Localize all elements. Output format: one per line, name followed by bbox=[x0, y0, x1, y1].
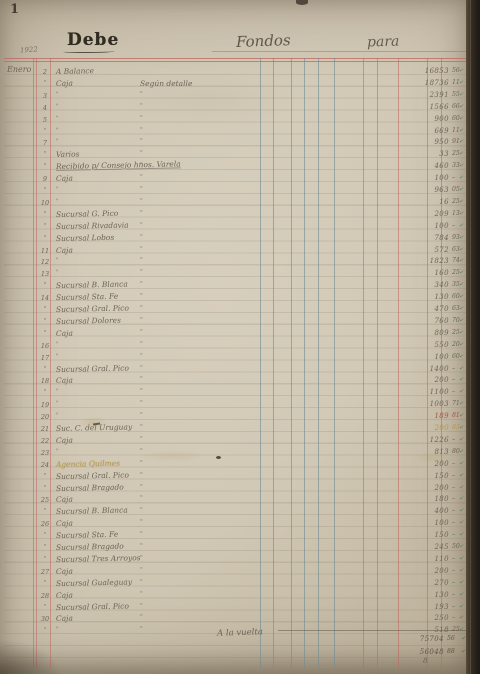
detail-cell: " bbox=[140, 198, 143, 205]
amount-cell: 669 bbox=[393, 127, 449, 135]
ledger-row: 9Caja"100–✓ bbox=[0, 174, 480, 186]
description-cell: " bbox=[56, 138, 59, 145]
ledger-row: "Sucursal B. Blanca"34035✓ bbox=[0, 281, 480, 293]
ledger-row: "Recibido p/ Consejo hnos. Varela"46033✓ bbox=[0, 162, 480, 174]
header-fondos-label: Fondos bbox=[236, 31, 291, 51]
description-cell: Sucursal Sta. Fe bbox=[56, 530, 118, 540]
year-note: 1922 bbox=[20, 45, 38, 54]
amount-cell: 33 bbox=[393, 150, 449, 158]
description-cell: Varios bbox=[56, 150, 80, 159]
day-cell: " bbox=[38, 330, 52, 337]
day-cell: " bbox=[38, 604, 52, 611]
amount-cell: 130 bbox=[393, 591, 449, 599]
description-cell: Caja bbox=[56, 566, 73, 575]
day-cell: 11 bbox=[38, 247, 52, 255]
day-cell: 3 bbox=[38, 92, 52, 100]
description-cell: " bbox=[56, 448, 59, 455]
amount-cell: 100 bbox=[393, 222, 449, 230]
day-cell: " bbox=[38, 223, 52, 230]
ledger-row: 7""95091✓ bbox=[0, 138, 480, 150]
description-cell: " bbox=[56, 91, 59, 98]
day-cell: " bbox=[38, 556, 52, 563]
total-rule bbox=[278, 630, 466, 631]
detail-cell: " bbox=[140, 567, 143, 574]
ledger-row: "Sucursal Dolores"76070✓ bbox=[0, 317, 480, 329]
ledger-page: 1 Debe Fondos para 1922 Enero 2A Balance… bbox=[0, 0, 480, 674]
detail-cell: " bbox=[140, 555, 143, 562]
ledger-row: "Sucursal Gualeguay"270–✓ bbox=[0, 579, 480, 591]
day-cell: " bbox=[38, 306, 52, 313]
ledger-row: 24Agencia Quilmes"200–✓ bbox=[0, 460, 480, 472]
day-cell: 19 bbox=[38, 401, 52, 409]
amount-cell: 160 bbox=[393, 269, 449, 277]
ledger-row: """1100–✓ bbox=[0, 388, 480, 400]
header-debe-label: Debe bbox=[67, 30, 119, 50]
day-cell: 4 bbox=[38, 104, 52, 112]
description-cell: " bbox=[56, 353, 59, 360]
ledger-row: 18Caja"200–✓ bbox=[0, 376, 480, 388]
detail-cell: " bbox=[140, 281, 143, 288]
amount-cell: 100 bbox=[393, 353, 449, 361]
description-cell: Sucursal Gral. Pico bbox=[56, 601, 129, 612]
ledger-row: 26Caja"100–✓ bbox=[0, 519, 480, 531]
day-cell: 14 bbox=[38, 294, 52, 302]
day-cell: " bbox=[38, 544, 52, 551]
detail-cell: " bbox=[140, 257, 143, 264]
amount-cell: 200 bbox=[393, 567, 449, 575]
detail-cell: " bbox=[140, 412, 143, 419]
description-cell: " bbox=[56, 269, 59, 276]
amount-cell: 180 bbox=[393, 495, 449, 503]
detail-cell: " bbox=[140, 127, 143, 134]
ledger-row: """96305✓ bbox=[0, 186, 480, 198]
description-cell: Caja bbox=[56, 245, 73, 254]
detail-cell: " bbox=[140, 222, 143, 229]
amount-cell: 470 bbox=[393, 305, 449, 313]
detail-cell: " bbox=[140, 234, 143, 241]
ledger-row: 12""182374✓ bbox=[0, 257, 480, 269]
ledger-row: 27Caja"200–✓ bbox=[0, 567, 480, 579]
amount-cell: 400 bbox=[393, 507, 449, 515]
day-cell: 2 bbox=[38, 68, 52, 76]
page-total-row: 5604888✓ bbox=[0, 648, 480, 660]
detail-cell: " bbox=[140, 460, 143, 467]
debe-underline-flourish bbox=[63, 50, 115, 53]
ledger-row: 10""1625✓ bbox=[0, 198, 480, 210]
ledger-row: "Sucursal G. Pico"20913✓ bbox=[0, 210, 480, 222]
amount-cell: 900 bbox=[393, 115, 449, 123]
description-cell: Sucursal Bragado bbox=[56, 482, 124, 492]
ledger-row: 30Caja"250–✓ bbox=[0, 614, 480, 626]
day-cell: " bbox=[38, 366, 52, 373]
ledger-row: "Sucursal Gral. Pico"150–✓ bbox=[0, 472, 480, 484]
description-cell: Sucursal Lobos bbox=[56, 232, 115, 242]
ledger-row: 23""81380✓ bbox=[0, 448, 480, 460]
detail-cell: " bbox=[140, 614, 143, 621]
day-cell: 7 bbox=[38, 139, 52, 147]
day-cell: 23 bbox=[38, 449, 52, 457]
ledger-row: 25Caja"180–✓ bbox=[0, 495, 480, 507]
detail-cell: " bbox=[140, 150, 143, 157]
amount-cell: 270 bbox=[393, 579, 449, 587]
detail-cell: " bbox=[140, 626, 143, 633]
day-cell: 13 bbox=[38, 270, 52, 278]
description-cell: Sucursal Gral. Pico bbox=[56, 303, 129, 314]
amount-cell: 110 bbox=[393, 555, 449, 563]
amount-cell: 245 bbox=[393, 543, 449, 551]
detail-cell: " bbox=[140, 246, 143, 253]
day-cell: " bbox=[38, 151, 52, 158]
detail-cell: " bbox=[140, 329, 143, 336]
ledger-row: "Sucursal Bragado"24550✓ bbox=[0, 543, 480, 555]
amount-cell: 760 bbox=[393, 317, 449, 325]
detail-cell: " bbox=[140, 317, 143, 324]
amount-cell: 1003 bbox=[393, 400, 449, 408]
amount-cell: 340 bbox=[393, 281, 449, 289]
detail-cell: " bbox=[140, 376, 143, 383]
total-cents: 56 bbox=[447, 635, 461, 642]
detail-cell: " bbox=[140, 353, 143, 360]
ledger-row: 28Caja"130–✓ bbox=[0, 591, 480, 603]
day-cell: 17 bbox=[38, 354, 52, 362]
paper-speck bbox=[296, 0, 308, 5]
ledger-row: 16""55020✓ bbox=[0, 341, 480, 353]
day-cell: 28 bbox=[38, 592, 52, 600]
detail-cell: " bbox=[140, 388, 143, 395]
amount-cell: 150 bbox=[393, 531, 449, 539]
day-cell: " bbox=[38, 187, 52, 194]
ledger-row: "Sucursal Gral. Pico"47063✓ bbox=[0, 305, 480, 317]
description-cell: Caja bbox=[56, 436, 73, 445]
day-cell: " bbox=[38, 485, 52, 492]
day-cell: 30 bbox=[38, 615, 52, 623]
detail-cell: " bbox=[140, 603, 143, 610]
amount-cell: 2391 bbox=[393, 91, 449, 99]
ledger-row: "Sucursal B. Blanca"400–✓ bbox=[0, 507, 480, 519]
description-cell: Caja bbox=[56, 614, 73, 623]
day-cell: " bbox=[38, 128, 52, 135]
description-cell: Sucursal Sta. Fe bbox=[56, 292, 118, 302]
day-cell: " bbox=[38, 473, 52, 480]
day-cell: " bbox=[38, 211, 52, 218]
day-cell: 26 bbox=[38, 520, 52, 528]
paper-stain bbox=[138, 450, 208, 462]
description-cell: Sucursal G. Pico bbox=[56, 208, 119, 218]
description-cell: Sucursal Gral. Pico bbox=[56, 363, 129, 374]
detail-cell: " bbox=[140, 174, 143, 181]
amount-cell: 193 bbox=[393, 603, 449, 611]
description-cell: " bbox=[56, 341, 59, 348]
day-cell: " bbox=[38, 580, 52, 587]
day-cell: 12 bbox=[38, 258, 52, 266]
amount-cell: 784 bbox=[393, 234, 449, 242]
detail-cell: " bbox=[140, 484, 143, 491]
pencil-mark: 8 bbox=[423, 657, 427, 665]
description-cell: " bbox=[56, 186, 59, 193]
description-cell: Sucursal Bragado bbox=[56, 542, 124, 552]
detail-cell: " bbox=[140, 591, 143, 598]
total-cents: 88 bbox=[447, 648, 461, 655]
page-total-row: 7570456✓ bbox=[0, 635, 480, 647]
description-cell: " bbox=[56, 257, 59, 264]
day-cell: " bbox=[38, 508, 52, 515]
description-cell: Sucursal Gral. Pico bbox=[56, 470, 129, 481]
detail-cell: " bbox=[140, 436, 143, 443]
amount-cell: 1566 bbox=[393, 103, 449, 111]
amount-cell: 130 bbox=[393, 293, 449, 301]
amount-cell: 572 bbox=[393, 246, 449, 254]
day-cell: 27 bbox=[38, 568, 52, 576]
day-cell: " bbox=[38, 532, 52, 539]
ledger-row: 14Sucursal Sta. Fe"13060✓ bbox=[0, 293, 480, 305]
detail-cell: " bbox=[140, 400, 143, 407]
ledger-row: 21Suc. C. del Uruguay"20083✓ bbox=[0, 424, 480, 436]
description-cell: Sucursal Tres Arroyos bbox=[56, 553, 141, 564]
amount-cell: 1226 bbox=[393, 436, 449, 444]
amount-cell: 950 bbox=[393, 138, 449, 146]
detail-cell: " bbox=[140, 472, 143, 479]
description-cell: " bbox=[56, 103, 59, 110]
description-cell: Caja bbox=[56, 328, 73, 337]
amount-cell: 18736 bbox=[393, 79, 449, 87]
description-cell: " bbox=[56, 412, 59, 419]
total-amount: 75704 bbox=[388, 635, 444, 643]
day-cell: " bbox=[38, 389, 52, 396]
detail-cell: " bbox=[140, 341, 143, 348]
amount-cell: 550 bbox=[393, 341, 449, 349]
detail-cell: " bbox=[140, 210, 143, 217]
description-cell: Caja bbox=[56, 79, 73, 88]
description-cell: " bbox=[56, 626, 59, 633]
day-cell: 9 bbox=[38, 175, 52, 183]
header-para-label: para bbox=[367, 33, 400, 50]
ledger-row: 11Caja"57263✓ bbox=[0, 246, 480, 258]
ledger-row: 13""16025✓ bbox=[0, 269, 480, 281]
detail-cell: " bbox=[140, 365, 143, 372]
detail-cell: " bbox=[140, 507, 143, 514]
ledger-row: "Sucursal Sta. Fe"150–✓ bbox=[0, 531, 480, 543]
description-cell: Sucursal B. Blanca bbox=[56, 280, 128, 291]
ledger-row: "Varios"3325✓ bbox=[0, 150, 480, 162]
amount-cell: 150 bbox=[393, 472, 449, 480]
description-cell: Caja bbox=[56, 376, 73, 385]
header-baseline-rule bbox=[212, 51, 466, 52]
day-cell: 22 bbox=[38, 437, 52, 445]
amount-cell: 200 bbox=[393, 376, 449, 384]
ledger-row: 22Caja"1226–✓ bbox=[0, 436, 480, 448]
detail-cell: " bbox=[140, 579, 143, 586]
detail-cell: " bbox=[140, 305, 143, 312]
description-cell: Caja bbox=[56, 519, 73, 528]
description-cell: " bbox=[56, 126, 59, 133]
description-cell: A Balance bbox=[56, 66, 94, 76]
day-cell: 24 bbox=[38, 461, 52, 469]
detail-cell: " bbox=[140, 495, 143, 502]
day-cell: " bbox=[38, 235, 52, 242]
description-cell: Caja bbox=[56, 174, 73, 183]
day-cell: " bbox=[38, 282, 52, 289]
paper-stain bbox=[120, 70, 300, 130]
amount-cell: 809 bbox=[393, 329, 449, 337]
day-cell: 18 bbox=[38, 377, 52, 385]
day-cell: " bbox=[38, 627, 52, 634]
description-cell: " bbox=[56, 115, 59, 122]
page-corner-shadow bbox=[0, 640, 60, 674]
day-cell: 10 bbox=[38, 199, 52, 207]
amount-cell: 1400 bbox=[393, 365, 449, 373]
amount-cell: 200 bbox=[393, 484, 449, 492]
day-cell: " bbox=[38, 163, 52, 170]
total-amount: 56048 bbox=[388, 648, 444, 656]
amount-cell: 200 bbox=[393, 424, 449, 432]
amount-cell: 250 bbox=[393, 614, 449, 622]
book-binding-edge bbox=[466, 0, 480, 674]
paper-stain bbox=[414, 452, 448, 463]
day-cell: 25 bbox=[38, 496, 52, 504]
ledger-row: "Sucursal Tres Arroyos"110–✓ bbox=[0, 555, 480, 567]
page-number: 1 bbox=[10, 2, 19, 17]
detail-cell: " bbox=[140, 543, 143, 550]
detail-cell: " bbox=[140, 269, 143, 276]
description-cell: Caja bbox=[56, 590, 73, 599]
detail-cell: " bbox=[140, 138, 143, 145]
amount-cell: 963 bbox=[393, 186, 449, 194]
day-cell: " bbox=[38, 318, 52, 325]
description-cell: " bbox=[56, 198, 59, 205]
description-cell: Sucursal Rivadavia bbox=[56, 220, 129, 231]
ledger-row: 20""18981✓ bbox=[0, 412, 480, 424]
description-cell: Caja bbox=[56, 495, 73, 504]
top-red-rule-1 bbox=[4, 58, 466, 59]
ledger-row: """66911✓ bbox=[0, 127, 480, 139]
amount-cell: 209 bbox=[393, 210, 449, 218]
day-cell: " bbox=[38, 80, 52, 87]
detail-cell: " bbox=[140, 162, 143, 169]
ledger-row: 19""100371✓ bbox=[0, 400, 480, 412]
top-red-rule-2 bbox=[4, 61, 466, 62]
description-cell: " bbox=[56, 400, 59, 407]
description-cell: Sucursal B. Blanca bbox=[56, 506, 128, 517]
page-edge-highlight bbox=[470, 0, 471, 674]
ledger-row: "Sucursal Rivadavia"100–✓ bbox=[0, 222, 480, 234]
detail-cell: " bbox=[140, 186, 143, 193]
ledger-row: "Caja"80925✓ bbox=[0, 329, 480, 341]
amount-cell: 1100 bbox=[393, 388, 449, 396]
amount-cell: 16 bbox=[393, 198, 449, 206]
description-cell: Recibido p/ Consejo hnos. Varela bbox=[56, 160, 181, 172]
description-cell: " bbox=[56, 388, 59, 395]
description-cell: Sucursal Dolores bbox=[56, 316, 121, 326]
amount-cell: 460 bbox=[393, 162, 449, 170]
detail-cell: " bbox=[140, 519, 143, 526]
paper-speck bbox=[216, 456, 221, 459]
amount-cell: 189 bbox=[393, 412, 449, 420]
day-cell: 20 bbox=[38, 413, 52, 421]
day-cell: 21 bbox=[38, 425, 52, 433]
amount-cell: 100 bbox=[393, 174, 449, 182]
amount-cell: 100 bbox=[393, 519, 449, 527]
description-cell: Sucursal Gualeguay bbox=[56, 577, 132, 588]
ledger-row: 17""10060✓ bbox=[0, 353, 480, 365]
detail-cell: " bbox=[140, 293, 143, 300]
ledger-row: "Sucursal Lobos"78493✓ bbox=[0, 234, 480, 246]
detail-cell: " bbox=[140, 424, 143, 431]
description-cell: Agencia Quilmes bbox=[56, 458, 120, 468]
detail-cell: " bbox=[140, 531, 143, 538]
amount-cell: 16853 bbox=[393, 67, 449, 75]
day-cell: 5 bbox=[38, 116, 52, 124]
amount-cell: 1823 bbox=[393, 257, 449, 265]
day-cell: 16 bbox=[38, 342, 52, 350]
